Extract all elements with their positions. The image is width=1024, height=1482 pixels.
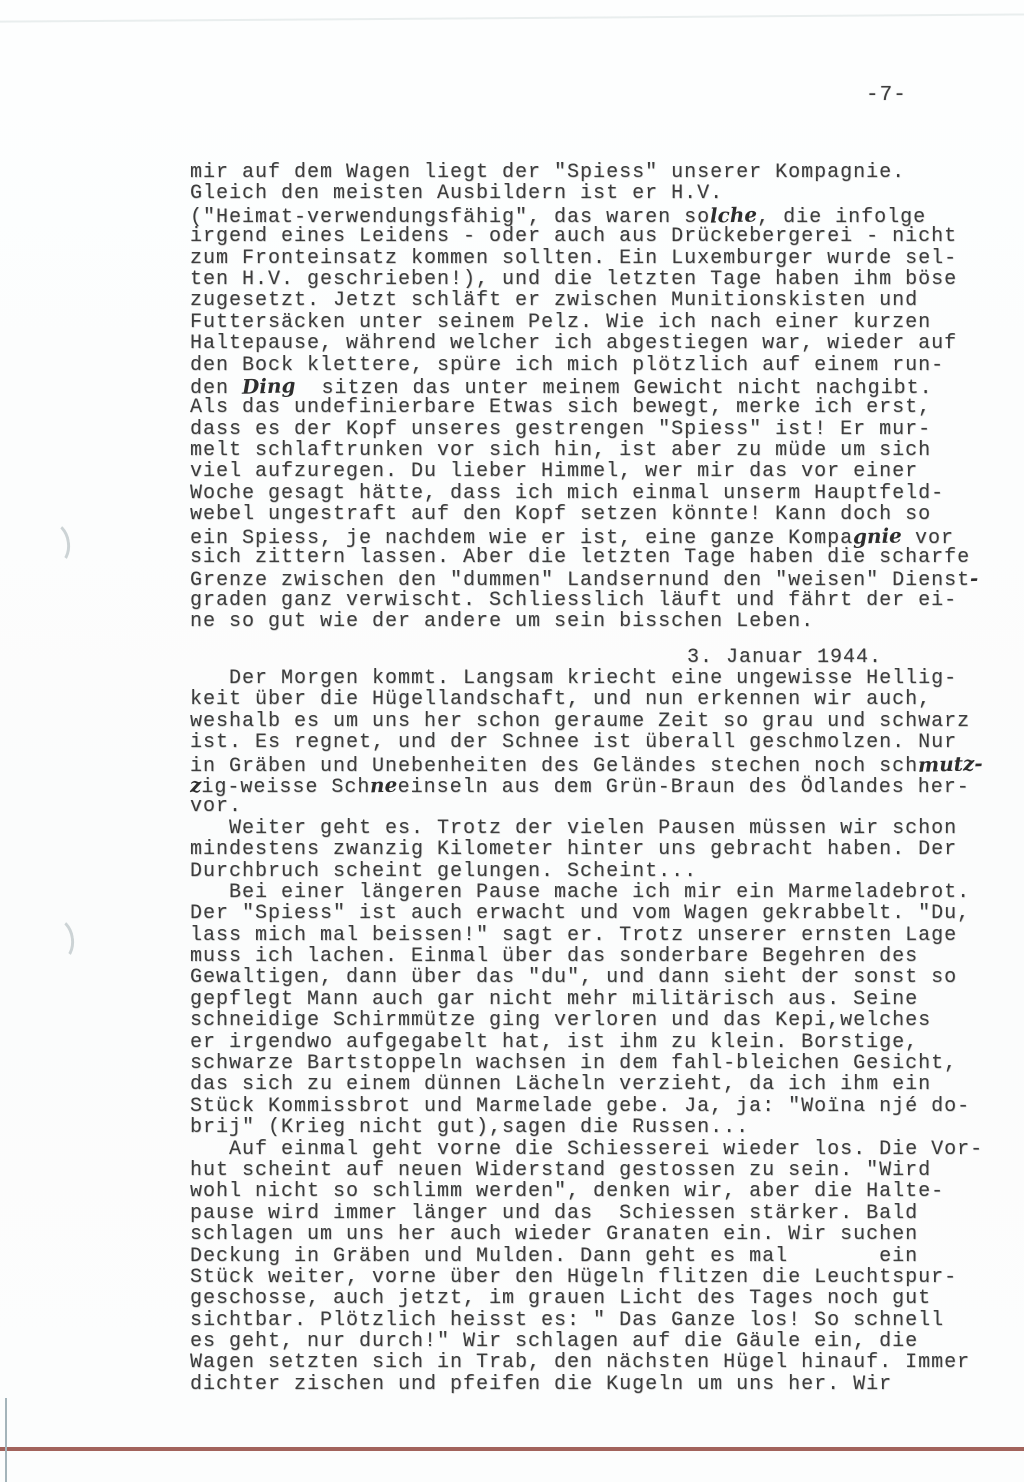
typescript-line: muss ich lachen. Einmal über das sonderb… <box>190 946 1014 967</box>
typescript-line: es geht, nur durch!" Wir schlagen auf di… <box>190 1331 1014 1352</box>
typescript-line: weshalb es um uns her schon geraume Zeit… <box>190 711 1014 732</box>
typescript-line: schneidige Schirmmütze ging verloren und… <box>190 1010 1014 1031</box>
typescript-line: dass es der Kopf unseres gestrengen "Spi… <box>190 419 1014 440</box>
typescript-line: schwarze Bartstoppeln wachsen in dem fah… <box>190 1053 1014 1074</box>
typescript-line: Gleich den meisten Ausbildern ist er H.V… <box>190 183 1014 204</box>
typescript-line: ne so gut wie der andere um sein bissche… <box>190 611 1014 632</box>
typescript-line: brij" (Krieg nicht gut),sagen die Russen… <box>190 1117 1014 1138</box>
typescript-line: hut scheint auf neuen Widerstand gestoss… <box>190 1160 1014 1181</box>
typescript-line: ist. Es regnet, und der Schnee ist übera… <box>190 732 1014 753</box>
page-number: -7- <box>866 84 907 107</box>
scan-crease-line <box>0 13 1024 22</box>
typescript-line: Durchbruch scheint gelungen. Scheint... <box>190 861 1014 882</box>
handwritten-correction: z <box>190 775 202 797</box>
margin-pencil-mark <box>39 916 77 964</box>
handwritten-correction: - <box>970 568 979 590</box>
typescript-line: in Gräben und Unebenheiten des Geländes … <box>190 754 1014 775</box>
typescript-line: das sich zu einem dünnen Lächeln verzieh… <box>190 1074 1014 1095</box>
typescript-line: sich zittern lassen. Aber die letzten Ta… <box>190 547 1014 568</box>
typescript-line: Der Morgen kommt. Langsam kriecht eine u… <box>190 668 1014 689</box>
typescript-line: pause wird immer länger und das Schiesse… <box>190 1203 1014 1224</box>
scanned-typescript-page: -7- mir auf dem Wagen liegt der "Spiess"… <box>0 0 1024 1482</box>
handwritten-correction: Ding <box>242 375 296 398</box>
margin-pencil-mark <box>35 520 73 568</box>
typescript-line: Stück Kommissbrot und Marmelade gebe. Ja… <box>190 1096 1014 1117</box>
typescript-line: ein Spiess, je nachdem wie er ist, eine … <box>190 526 1014 547</box>
typescript-line: den Ding sitzen das unter meinem Gewicht… <box>190 376 1014 397</box>
handwritten-correction: lche <box>710 204 758 227</box>
typescript-line: Bei einer längeren Pause mache ich mir e… <box>190 882 1014 903</box>
typescript-line: zig-weisse Schneeinseln aus dem Grün-Bra… <box>190 775 1014 796</box>
typescript-line: mindestens zwanzig Kilometer hinter uns … <box>190 839 1014 860</box>
typescript-line: Haltepause, während welcher ich abgestie… <box>190 333 1014 354</box>
typescript-text-block: mir auf dem Wagen liegt der "Spiess" uns… <box>190 162 1014 1395</box>
handwritten-correction: ne <box>370 775 398 797</box>
typescript-line: ("Heimat-verwendungsfähig", das waren so… <box>190 205 1014 226</box>
typescript-line: melt schlaftrunken vor sich hin, ist abe… <box>190 440 1014 461</box>
typescript-line: keit über die Hügellandschaft, und nun e… <box>190 689 1014 710</box>
typescript-line: mir auf dem Wagen liegt der "Spiess" uns… <box>190 162 1014 183</box>
typescript-line: zugesetzt. Jetzt schläft er zwischen Mun… <box>190 290 1014 311</box>
typescript-line: geschosse, auch jetzt, im grauen Licht d… <box>190 1288 1014 1309</box>
typescript-line: er irgendwo aufgegabelt hat, ist ihm zu … <box>190 1032 1014 1053</box>
typescript-line: Auf einmal geht vorne die Schiesserei wi… <box>190 1139 1014 1160</box>
handwritten-correction: mutz- <box>918 753 983 776</box>
typescript-line: den Bock klettere, spüre ich mich plötzl… <box>190 355 1014 376</box>
typescript-line: zum Fronteinsatz kommen sollten. Ein Lux… <box>190 248 1014 269</box>
typescript-line: dichter zischen und pfeifen die Kugeln u… <box>190 1374 1014 1395</box>
typescript-line: Stück weiter, vorne über den Hügeln flit… <box>190 1267 1014 1288</box>
typescript-line: Als das undefinierbare Etwas sich bewegt… <box>190 397 1014 418</box>
typescript-line: Futtersäcken unter seinem Pelz. Wie ich … <box>190 312 1014 333</box>
handwritten-correction: gnie <box>853 525 902 548</box>
date-heading: 3. Januar 1944. <box>190 647 1014 668</box>
typescript-line: webel ungestraft auf den Kopf setzen kön… <box>190 504 1014 525</box>
typescript-line: Woche gesagt hätte, dass ich mich einmal… <box>190 483 1014 504</box>
typescript-line: Grenze zwischen den "dummen" Landsernund… <box>190 568 1014 589</box>
typescript-line: vor. <box>190 796 1014 817</box>
typescript-line: gepflegt Mann auch gar nicht mehr militä… <box>190 989 1014 1010</box>
left-edge-scan-line <box>5 1398 7 1482</box>
typescript-line: Deckung in Gräben und Mulden. Dann geht … <box>190 1246 1014 1267</box>
typescript-line: wohl nicht so schlimm werden", denken wi… <box>190 1181 1014 1202</box>
typescript-line: Weiter geht es. Trotz der vielen Pausen … <box>190 818 1014 839</box>
bottom-red-rule <box>0 1447 1024 1451</box>
typescript-line: schlagen um uns her auch wieder Granaten… <box>190 1224 1014 1245</box>
typescript-line: irgend eines Leidens - oder auch aus Drü… <box>190 226 1014 247</box>
typescript-line: sichtbar. Plötzlich heisst es: " Das Gan… <box>190 1310 1014 1331</box>
typescript-line: Der "Spiess" ist auch erwacht und vom Wa… <box>190 903 1014 924</box>
typescript-line: Gewaltigen, dann über das "du", und dann… <box>190 967 1014 988</box>
typescript-line: viel aufzuregen. Du lieber Himmel, wer m… <box>190 461 1014 482</box>
typescript-line: Wagen setzten sich in Trab, den nächsten… <box>190 1352 1014 1373</box>
typescript-line: ten H.V. geschrieben!), und die letzten … <box>190 269 1014 290</box>
typescript-line: graden ganz verwischt. Schliesslich läuf… <box>190 590 1014 611</box>
typescript-line: lass mich mal beissen!" sagt er. Trotz u… <box>190 925 1014 946</box>
